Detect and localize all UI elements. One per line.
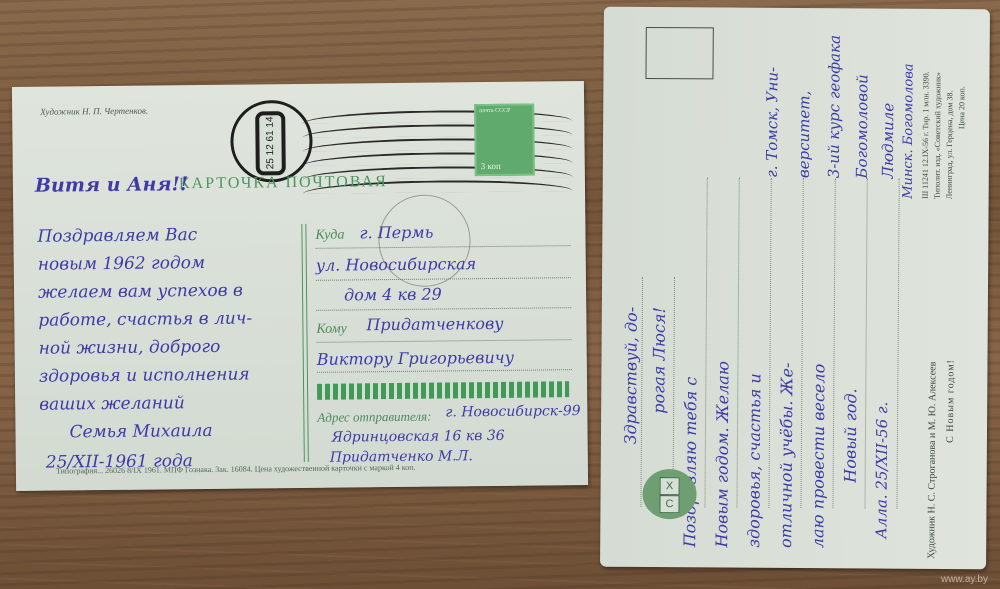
message-line: ваших желаний <box>39 393 185 415</box>
writing-line <box>768 178 771 508</box>
vertical-divider <box>301 224 308 462</box>
publisher-emblem-icon: X С <box>642 469 696 519</box>
imprint-line: Цена 20 коп. <box>957 29 967 129</box>
message-line: Здравствуй, до- <box>621 307 641 445</box>
whom-label: Кому <box>316 322 347 338</box>
postage-stamp-icon: почта СССР 3 коп <box>474 104 535 177</box>
sender-label: Адрес отправителя: <box>317 409 431 426</box>
message-line: желаем вам успехов в <box>38 281 243 303</box>
writing-line <box>704 177 707 507</box>
artist-credit: Художник Н. П. Чертенков. <box>40 106 148 117</box>
sender-value: г. Новосибирск-99 <box>445 403 580 420</box>
message-line: работе, счастья в лич- <box>38 309 252 331</box>
imprint-line: Ленинград, ул. Герцена, дом 38. <box>945 29 955 199</box>
emblem-letter: С <box>659 495 679 513</box>
signature: Семья Михаила <box>69 421 212 442</box>
message-line: рогая Люся! <box>649 307 669 414</box>
message-line: ной жизни, доброго <box>39 337 221 359</box>
message-line: новым 1962 годом <box>38 253 205 275</box>
message-line: Поздравляем Вас <box>37 225 197 247</box>
address-line <box>317 369 572 373</box>
address-line: г. Томск, Уни- <box>763 28 782 178</box>
message-line: Новым годом. Желаю <box>712 207 733 547</box>
index-stripe <box>317 381 569 400</box>
stamp-placeholder-box <box>645 27 713 79</box>
message-line: лаю провести весело <box>808 208 829 548</box>
writing-line <box>896 179 899 509</box>
card-subtitle: С Новым годом! <box>945 359 957 443</box>
to-value: ул. Новосибирская <box>316 254 477 275</box>
postcard-front-1962: Художник Н. П. Чертенков. 25 12 61 14 по… <box>12 81 588 491</box>
stamp-value: 3 коп <box>481 161 501 171</box>
writing-line <box>800 178 803 508</box>
address-line: Людмиле <box>879 29 898 179</box>
imprint-line: Ш 11241 12.IX-56 г. Тир. 1 млн. 3390. <box>921 29 931 199</box>
address-line <box>316 307 571 311</box>
to-label: Куда <box>315 228 344 244</box>
message-line: здоровья, счастья и <box>744 208 765 548</box>
greeting: Витя и Аня!! <box>35 173 189 197</box>
signature-date: Алла. 25/XII-56 г. <box>872 309 892 539</box>
writing-line <box>832 178 835 508</box>
writing-line <box>736 178 739 508</box>
emblem-letter: X <box>660 477 680 495</box>
postcard-back-1956: Здравствуй, до- рогая Люся! Поздравляю т… <box>600 7 990 570</box>
to-value: г. Пермь <box>359 223 433 243</box>
address-line: Минск. Богомолова <box>901 19 917 199</box>
address-line <box>317 339 572 343</box>
imprint-line: Типолит. изд. «Советский художник» <box>933 29 943 199</box>
whom-value: Придатченкову <box>366 314 503 334</box>
card-title: КАРТОЧКА ПОЧТОВАЯ <box>179 173 388 193</box>
whom-value: Виктору Григорьевичу <box>317 348 514 369</box>
message-line: здоровья и исполнения <box>39 365 250 387</box>
writing-line <box>864 178 867 508</box>
address-line: 3-ий курс геофака <box>825 28 844 178</box>
address-line: верситет, <box>795 28 814 178</box>
postmark-icon: 25 12 61 14 <box>230 100 313 183</box>
writing-line <box>640 277 643 507</box>
message-line: Новый год. <box>841 388 861 482</box>
watermark: www.ay.by <box>941 574 988 585</box>
stamp-label: почта СССР <box>479 108 510 114</box>
postmark-date: 25 12 61 14 <box>255 111 286 175</box>
to-value: дом 4 кв 29 <box>344 285 442 305</box>
address-line: Богомоловой <box>853 28 872 178</box>
message-line: отличной учёбы. Же- <box>776 208 797 548</box>
sender-value: Ядринцовская 16 кв 36 <box>332 428 505 446</box>
artist-credit: Художник Н. С. Строганова и М. Ю. Алексе… <box>926 279 939 559</box>
